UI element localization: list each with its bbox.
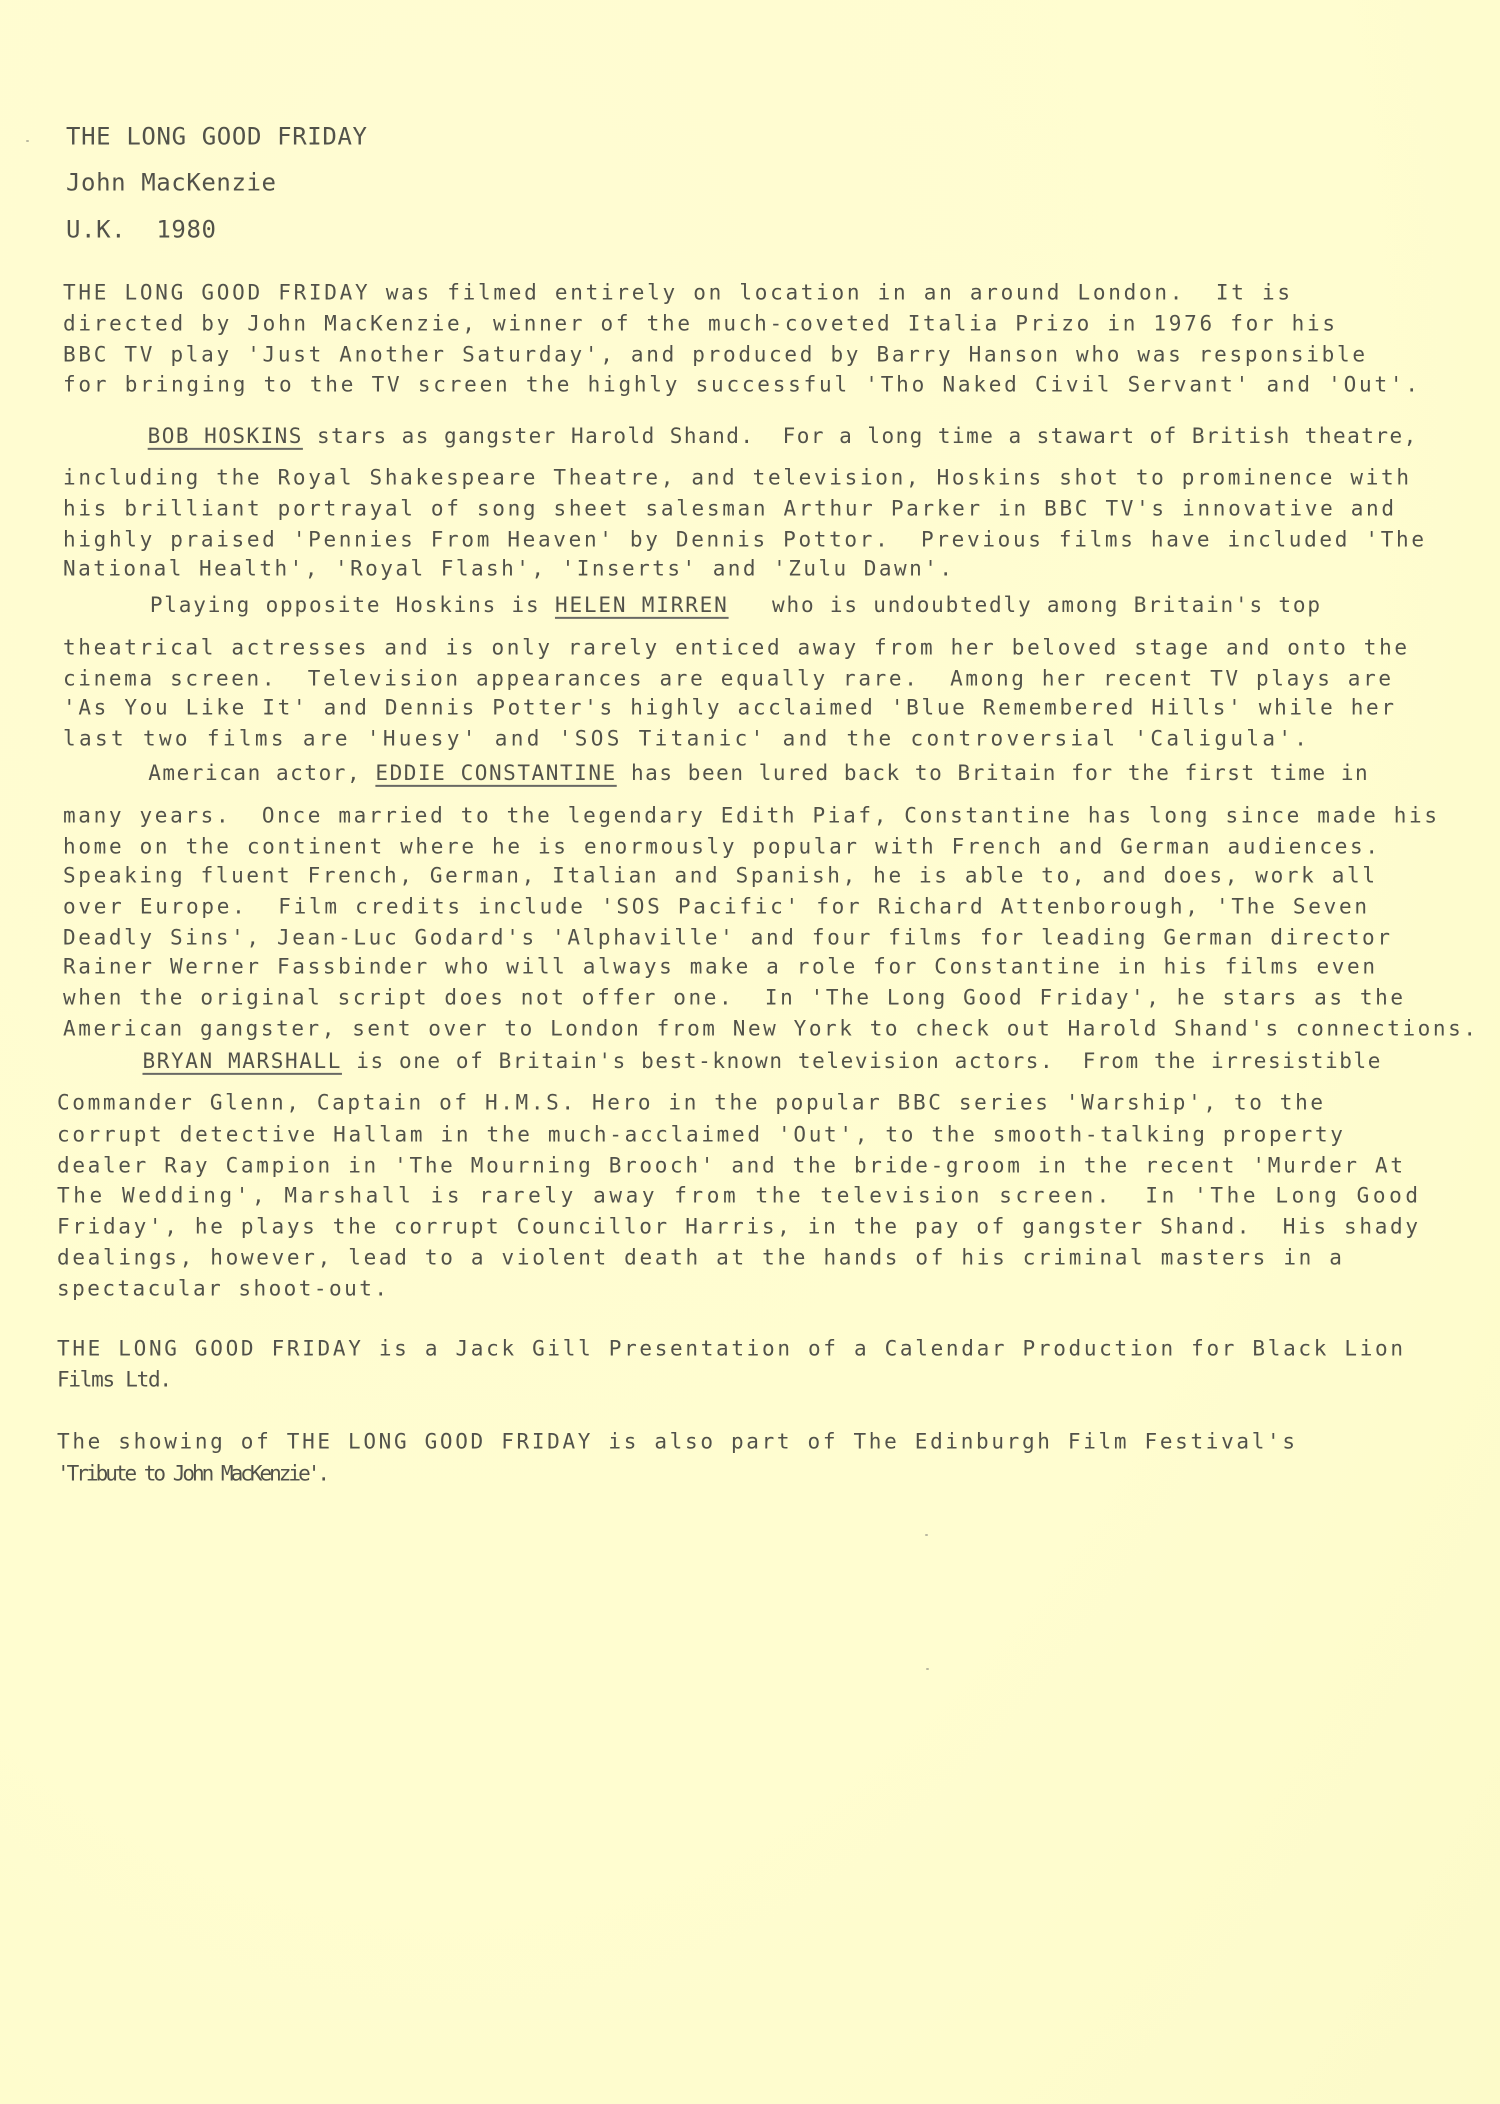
- text-line: BRYAN MARSHALL is one of Britain's best-…: [57, 1030, 1382, 1093]
- text-line: many years. Once married to the legendar…: [63, 806, 1440, 827]
- line-text: stars as gangster Harold Shand. For a lo…: [303, 424, 1418, 448]
- actor-name-bryan-marshall: BRYAN MARSHALL: [142, 1049, 341, 1073]
- text-line: directed by John MacKenzie, winner of th…: [63, 314, 1338, 335]
- text-line: highly praised 'Pennies From Heaven' by …: [63, 530, 1427, 551]
- text-line: Rainer Werner Fassbinder who will always…: [63, 957, 1378, 978]
- text-line: The showing of THE LONG GOOD FRIDAY is a…: [57, 1432, 1298, 1453]
- text-line: American actor, EDDIE CONSTANTINE has be…: [63, 742, 1369, 805]
- film-title: THE LONG GOOD FRIDAY: [66, 124, 368, 148]
- line-text: is one of Britain's best-known televisio…: [342, 1049, 1382, 1073]
- text-line: over Europe. Film credits include 'SOS P…: [63, 897, 1370, 918]
- text-line: theatrical actresses and is only rarely …: [63, 638, 1410, 659]
- text-line: cinema screen. Television appearances ar…: [63, 669, 1394, 690]
- text-line: BBC TV play 'Just Another Saturday', and…: [63, 345, 1368, 366]
- paper-speck: [925, 1534, 928, 1536]
- text-line: The Wedding', Marshall is rarely away fr…: [57, 1186, 1422, 1207]
- director-name: John MacKenzie: [66, 170, 277, 194]
- actor-name-eddie-constantine: EDDIE CONSTANTINE: [375, 761, 616, 785]
- text-line: Deadly Sins', Jean-Luc Godard's 'Alphavi…: [63, 928, 1393, 949]
- text-line: 'As You Like It' and Dennis Potter's hig…: [63, 698, 1397, 719]
- text-line: Playing opposite Hoskins is HELEN MIRREN…: [63, 574, 1322, 637]
- text-line: home on the continent where he is enormo…: [63, 837, 1381, 858]
- text-line: corrupt detective Hallam in the much-acc…: [57, 1125, 1346, 1146]
- text-line: dealer Ray Campion in 'The Mourning Broo…: [57, 1156, 1406, 1177]
- actor-name-helen-mirren: HELEN MIRREN: [555, 593, 729, 617]
- text-line: THE LONG GOOD FRIDAY is a Jack Gill Pres…: [57, 1339, 1406, 1360]
- text-line: 'Tribute to John MacKenzie'.: [57, 1464, 327, 1485]
- text-line: for bringing to the TV screen the highly…: [63, 375, 1421, 396]
- text-line: Speaking fluent French, German, Italian …: [63, 866, 1378, 887]
- text-line: BOB HOSKINS stars as gangster Harold Sha…: [63, 405, 1418, 468]
- text-line: THE LONG GOOD FRIDAY was filmed entirely…: [63, 283, 1293, 304]
- line-text: has been lured back to Britain for the f…: [617, 761, 1370, 785]
- line-text: Playing opposite Hoskins is: [150, 593, 555, 617]
- line-text: American actor,: [148, 761, 375, 785]
- text-line: Friday', he plays the corrupt Councillor…: [57, 1217, 1421, 1238]
- text-line: when the original script does not offer …: [63, 988, 1406, 1009]
- country-year: U.K. 1980: [66, 217, 217, 241]
- text-line: Films Ltd.: [57, 1370, 171, 1391]
- paper-speck: [926, 1668, 929, 1670]
- line-text: who is undoubtedly among Britain's top: [729, 593, 1322, 617]
- text-line: Commander Glenn, Captain of H.M.S. Hero …: [57, 1093, 1326, 1114]
- text-line: dealings, however, lead to a violent dea…: [57, 1248, 1345, 1269]
- document-page: THE LONG GOOD FRIDAY John MacKenzie U.K.…: [0, 0, 1500, 2104]
- paper-speck: [26, 140, 29, 142]
- text-line: spectacular shoot-out.: [57, 1279, 389, 1300]
- text-line: his brilliant portrayal of song sheet sa…: [63, 499, 1397, 520]
- text-line: including the Royal Shakespeare Theatre,…: [63, 468, 1412, 489]
- actor-name-bob-hoskins: BOB HOSKINS: [148, 424, 303, 448]
